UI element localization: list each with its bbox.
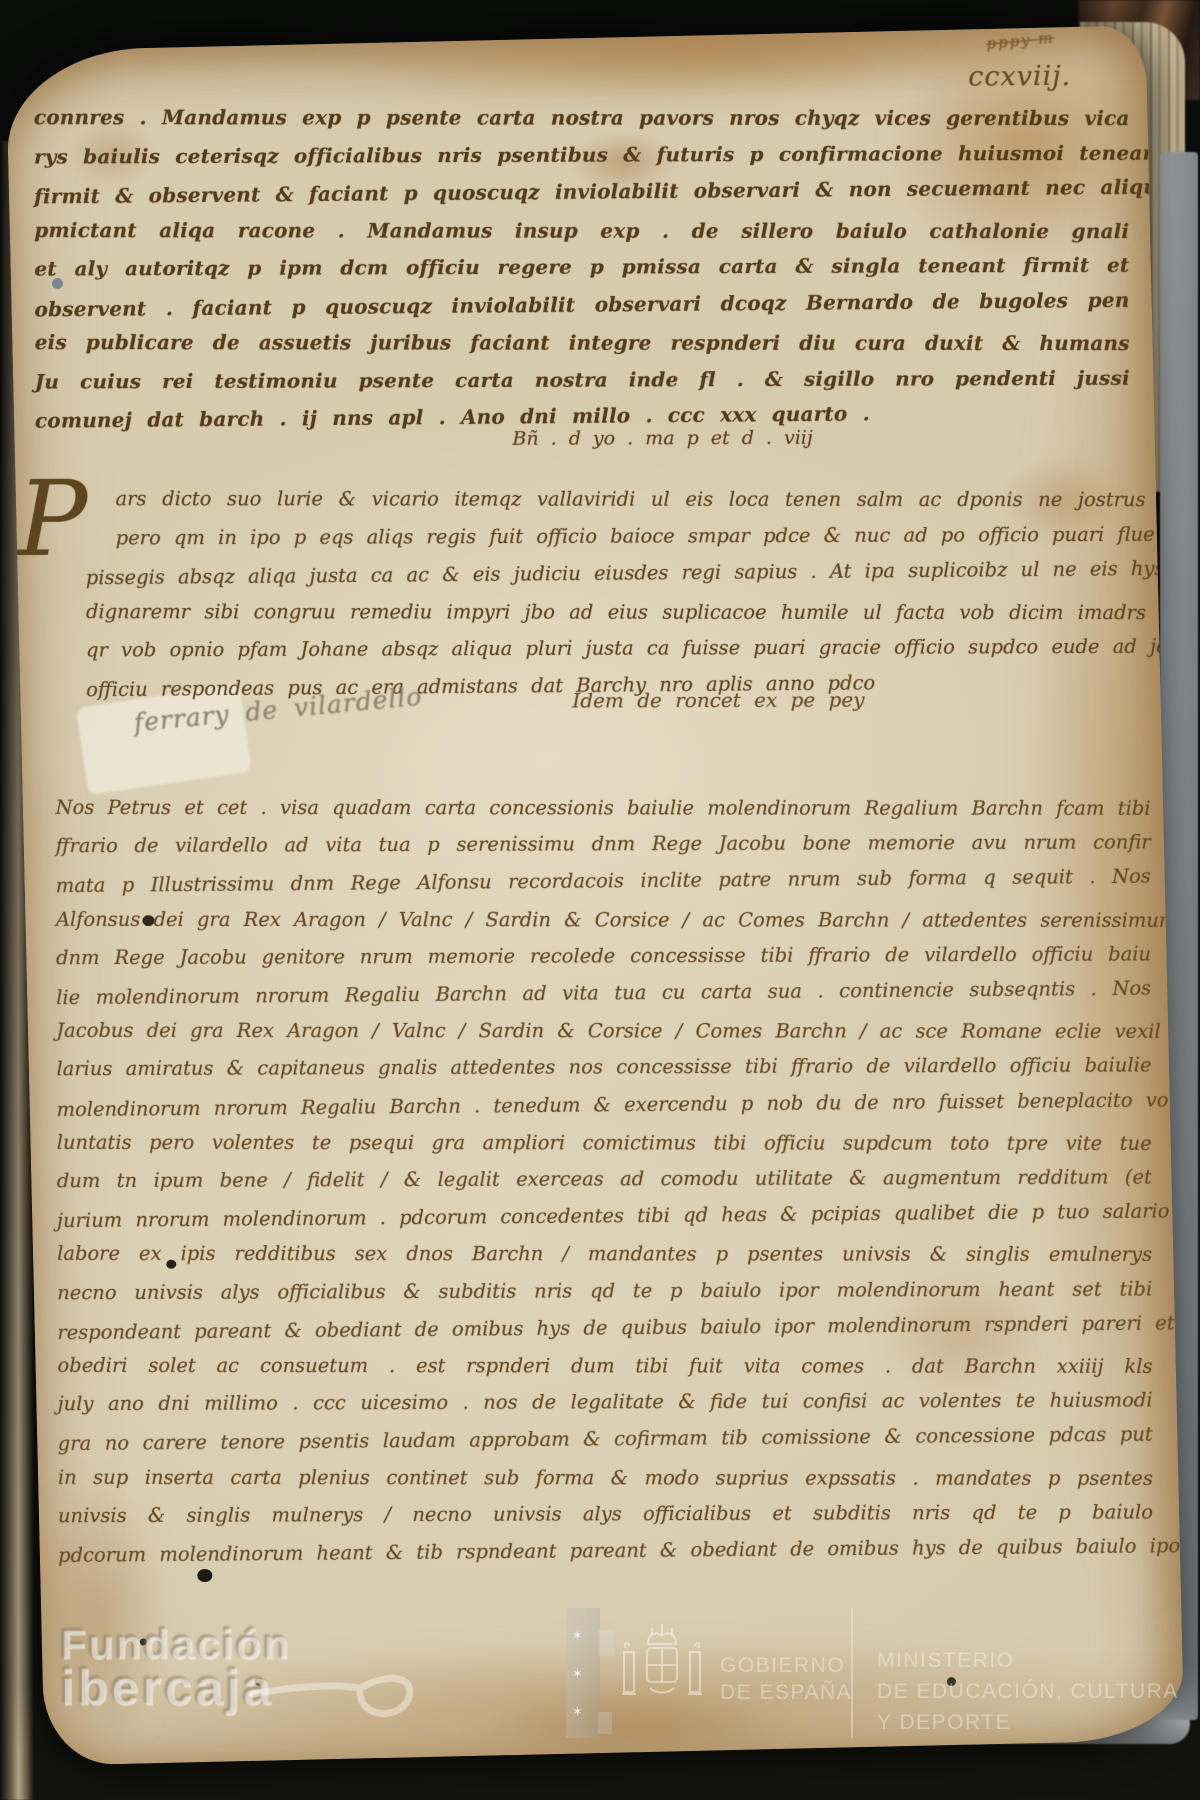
- manuscript-line: observent . faciant p quoscuqz inviolabi…: [34, 281, 1129, 328]
- struck-folio-number: pppy m: [986, 29, 1056, 53]
- manuscript-line: Alfonsus dei gra Rex Aragon / Valnc / Sa…: [56, 900, 1151, 938]
- manuscript-line: connres . Mandamus exp p psente carta no…: [34, 99, 1129, 137]
- manuscript-page: pppy m ccxviij. connres . Mandamus exp p…: [6, 25, 1185, 1765]
- manuscript-line: lie molendinorum nrorum Regaliu Barchn a…: [56, 970, 1151, 1017]
- manuscript-photo: pppy m ccxviij. connres . Mandamus exp p…: [0, 0, 1200, 1800]
- manuscript-line: luntatis pero volentes te psequi gra amp…: [57, 1124, 1152, 1162]
- manuscript-line: Jacobus dei gra Rex Aragon / Valnc / Sar…: [56, 1012, 1151, 1050]
- manuscript-line: labore ex ipis redditibus sex dnos Barch…: [57, 1235, 1152, 1273]
- manuscript-line: pdcorum molendinorum heant & tib rspndea…: [58, 1528, 1077, 1574]
- chancery-note: Idem de roncet ex pe pey: [572, 687, 864, 712]
- text-block-first-act: connres . Mandamus exp p psente carta no…: [34, 97, 1130, 438]
- manuscript-line: et aly autoritqz p ipm dcm officiu reger…: [34, 247, 1129, 288]
- manuscript-line: in sup inserta carta plenius continet su…: [58, 1458, 1153, 1496]
- manuscript-line: mata p Illustrissimu dnm Rege Alfonsu re…: [56, 858, 1151, 905]
- manuscript-line: ars dicto suo lurie & vicario itemqz val…: [86, 480, 1146, 518]
- text-block-third-act: Nos Petrus et cet . visa quadam carta co…: [55, 786, 1153, 1571]
- manuscript-line: qr vob opnio pfam Johane absqz aliqua pl…: [86, 628, 1146, 669]
- manuscript-line: dignaremr sibi congruu remediu impyri jb…: [86, 593, 1146, 631]
- manuscript-line: gra no carere tenore psentis laudam appr…: [58, 1416, 1153, 1463]
- manuscript-line: molendinorum nrorum Regaliu Barchn . ten…: [56, 1081, 1151, 1128]
- manuscript-line: respondeant pareant & obediant de omibus…: [57, 1304, 1152, 1351]
- manuscript-line: necno univsis alys officialibus & subdit…: [57, 1270, 1152, 1311]
- text-block-second-act: ars dicto suo lurie & vicario itemqz val…: [85, 478, 1146, 707]
- ink-hole: [947, 1677, 956, 1686]
- flourished-initial: P: [17, 469, 88, 569]
- ink-hole: [140, 1638, 147, 1645]
- manuscript-line: eis publicare de assuetis juribus facian…: [35, 324, 1130, 362]
- manuscript-line: larius amiratus & capitaneus gnalis atte…: [56, 1047, 1151, 1088]
- manuscript-line: obediri solet ac consuetum . est rspnder…: [57, 1347, 1152, 1385]
- manuscript-line: pissegis absqz aliqa justa ca ac & eis j…: [86, 550, 1146, 597]
- manuscript-line: Nos Petrus et cet . visa quadam carta co…: [56, 789, 1151, 827]
- folio-number: ccxviij.: [968, 61, 1071, 92]
- ink-stain-dot: [255, 1678, 264, 1686]
- manuscript-line: firmit & observent & faciant p quoscuqz …: [34, 169, 1129, 216]
- manuscript-line: jurium nrorum molendinorum . pdcorum con…: [57, 1193, 1152, 1240]
- manuscript-line: pero qm in ipo p eqs aliqs regis fuit of…: [86, 515, 1146, 556]
- registrar-note: Bñ . d yo . ma p et d . viij: [512, 427, 812, 450]
- manuscript-line: pmictant aliqa racone . Mandamus insup e…: [34, 212, 1129, 250]
- manuscript-line: Ju cuius rei testimoniu psente carta nos…: [35, 359, 1130, 400]
- stain: [72, 1626, 1155, 1766]
- stain: [463, 1688, 805, 1765]
